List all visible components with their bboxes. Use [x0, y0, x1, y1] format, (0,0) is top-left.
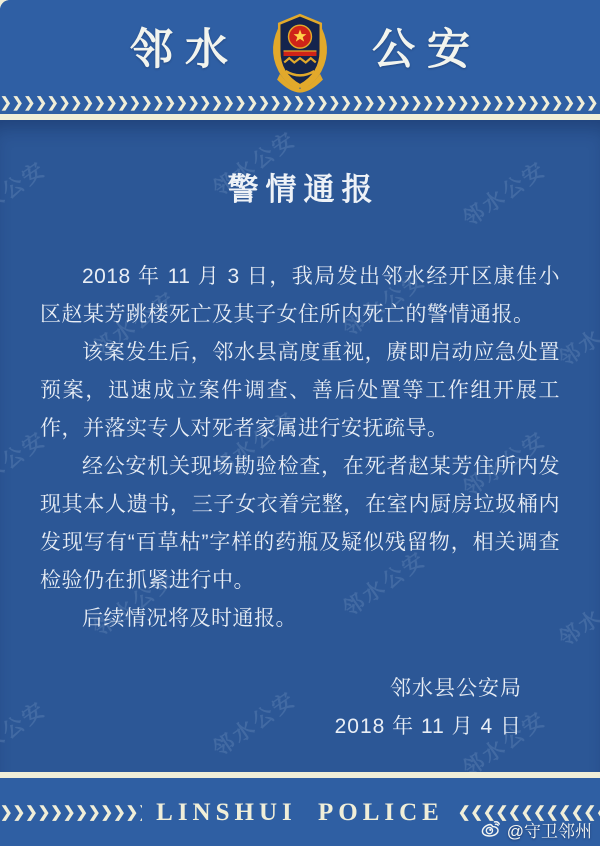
police-notice-poster: 邻水 公安 ❯❯❯❯❯❯❯❯❯❯❯❯❯❯❯❯❯❯❯❯❯❯❯❯❯❯❯❯❯❯❯ [0, 0, 600, 846]
signature-organization: 邻水县公安局 [40, 670, 522, 708]
signature-date: 2018 年 11 月 4 日 [40, 708, 522, 746]
weibo-icon [481, 818, 502, 842]
weibo-credit: @守卫邻州 [481, 817, 592, 842]
paragraph-2: 该案发生后，邻水县高度重视，赓即启动应急处置预案，迅速成立案件调查、善后处置等工… [40, 334, 560, 448]
police-badge-icon [264, 8, 336, 94]
paragraph-4: 后续情况将及时通报。 [40, 600, 560, 638]
signature-block: 邻水县公安局 2018 年 11 月 4 日 [40, 670, 560, 746]
paragraph-1: 2018 年 11 月 3 日，我局发出邻水经开区康佳小区赵某芳跳楼死亡及其子女… [40, 258, 560, 334]
weibo-handle: @守卫邻州 [507, 817, 592, 842]
footer-banner: ❯❯❯❯❯❯❯❯❯❯❯❯❯❯❯❯❯❯❯❯❯❯❯❯❯❯❯❯❯❯ LINSHUI P… [0, 778, 600, 846]
notice-title: 警情通报 [40, 168, 560, 212]
footer-english-title: LINSHUI POLICE [156, 799, 444, 827]
header-banner: 邻水 公安 [0, 0, 600, 92]
brand-name-left: 邻水 [118, 16, 240, 77]
notice-paragraphs: 2018 年 11 月 3 日，我局发出邻水经开区康佳小区赵某芳跳楼死亡及其子女… [40, 258, 560, 638]
notice-body: 邻水公安 邻水公安 邻水公安 邻水公安 邻水公安 邻水公安 邻水公安 邻水公安 … [0, 120, 600, 772]
top-chevron-border: ❯❯❯❯❯❯❯❯❯❯❯❯❯❯❯❯❯❯❯❯❯❯❯❯❯❯❯❯❯❯❯❯❯❯❯❯❯❯❯❯… [0, 92, 600, 114]
paragraph-3: 经公安机关现场勘验检查，在死者赵某芳住所内发现其本人遗书，三子女衣着完整，在室内… [40, 448, 560, 600]
brand-name-right: 公安 [360, 16, 482, 77]
footer-chevrons-left: ❯❯❯❯❯❯❯❯❯❯❯❯❯❯❯❯❯❯❯❯❯❯❯❯❯❯❯❯❯❯ [0, 803, 142, 823]
